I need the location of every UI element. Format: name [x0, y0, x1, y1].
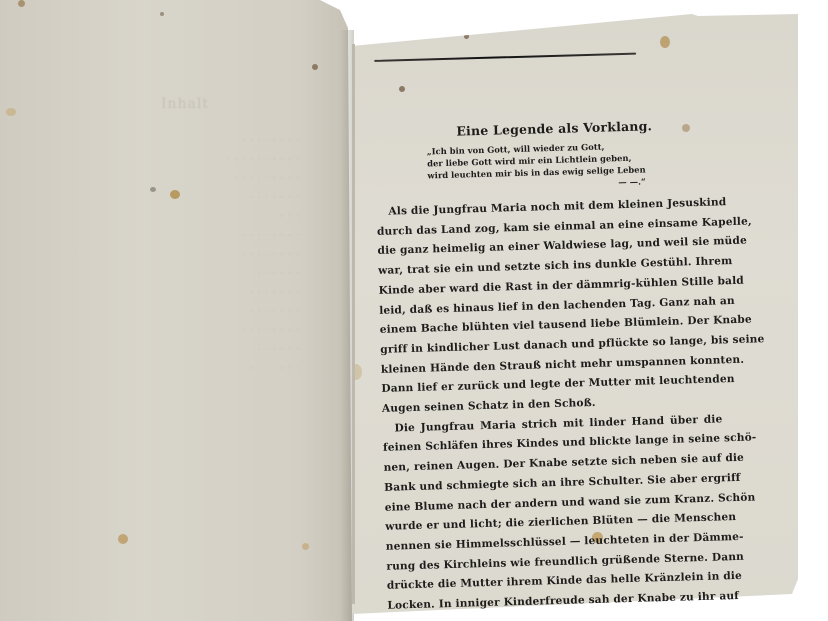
stain	[118, 534, 128, 544]
stain	[170, 190, 180, 199]
ghost-line: · · · · · · ·	[70, 284, 300, 303]
header-rule	[374, 53, 636, 62]
ghost-line: · · · · · · ·	[70, 360, 300, 379]
photo-scene: Inhalt · · · · · · · ·· · · · · · · · · …	[0, 0, 828, 621]
ghost-line: · · · · · · · ·	[70, 322, 300, 341]
ghost-line: · · · · · · ·	[70, 303, 300, 322]
bleed-through-text: Inhalt · · · · · · · ·· · · · · · · · · …	[70, 95, 300, 379]
ghost-line: · · · · · ·	[70, 341, 300, 360]
page-text-block: Eine Legende als Vorklang. „Ich bin von …	[372, 43, 728, 617]
stain	[150, 187, 156, 192]
ghost-line: · · · · · ·	[70, 265, 300, 284]
stain	[464, 34, 469, 39]
stain	[312, 64, 318, 70]
ghost-line: · · · · · · · · · ·	[70, 151, 300, 170]
stain	[6, 108, 16, 116]
ghost-line: · · · · ·	[70, 208, 300, 227]
stain	[160, 12, 164, 16]
page-edge	[352, 44, 355, 604]
stain	[302, 543, 309, 550]
ghost-line: · · · · · · · · ·	[70, 170, 300, 189]
stain	[18, 0, 25, 7]
left-page: Inhalt · · · · · · · ·· · · · · · · · · …	[0, 0, 352, 621]
motto-end: — —.“	[618, 175, 646, 188]
motto-quote: „Ich bin von Gott, will wieder zu Gott, …	[427, 137, 716, 181]
ghost-line: · · · · · · · ·	[70, 246, 300, 265]
ghost-line: · · · · · · · ·	[70, 227, 300, 246]
ghost-title: Inhalt	[70, 95, 300, 114]
ghost-lines: · · · · · · · ·· · · · · · · · · ·· · · …	[70, 132, 300, 379]
chapter-title: Eine Legende als Vorklang.	[394, 116, 714, 140]
body-text: Als die Jungfrau Maria noch mit dem klei…	[376, 193, 727, 616]
ghost-line: · · · · · · ·	[70, 189, 300, 208]
ghost-line: · · · · · · · ·	[70, 132, 300, 151]
